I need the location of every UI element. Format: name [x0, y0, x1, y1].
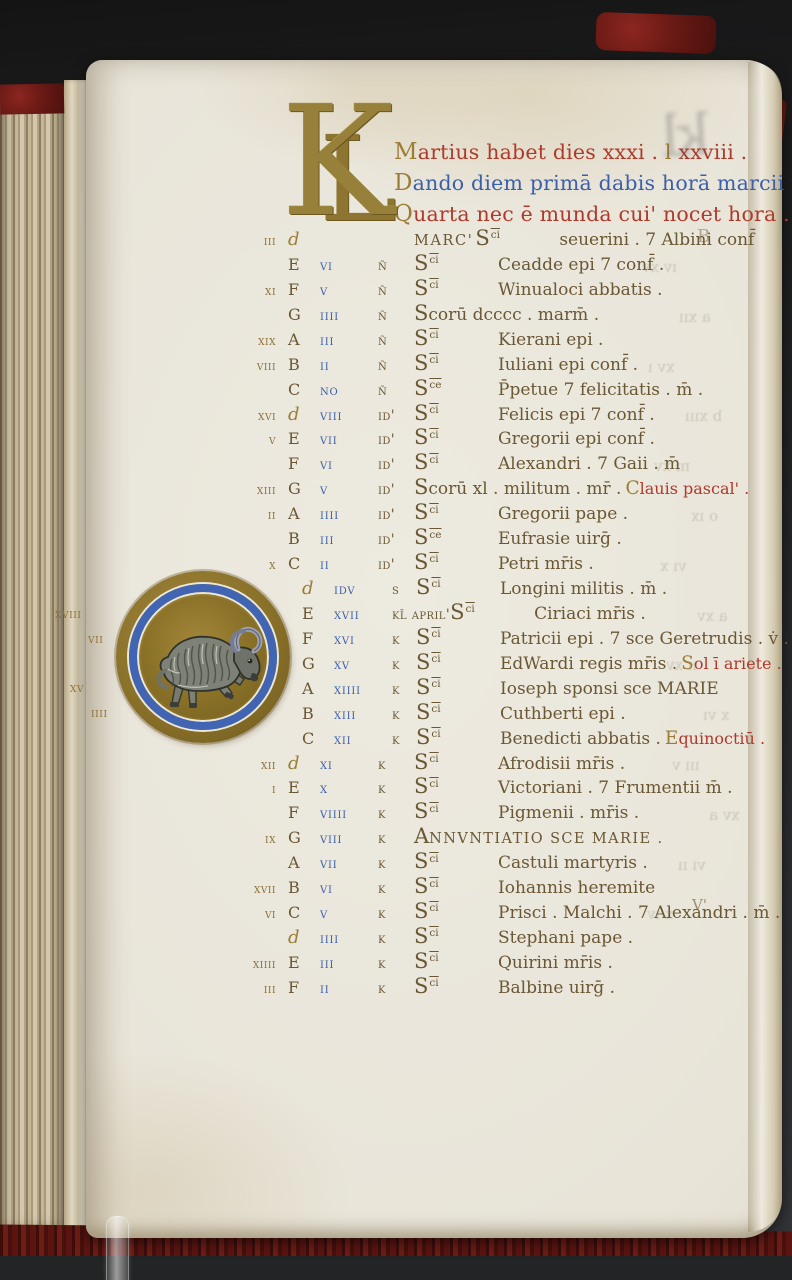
calendar-row: AxiiiikSciIoseph sponsi sce MARIE — [232, 675, 722, 700]
kalend-nones-ides-marker: k — [378, 856, 414, 872]
roman-day-numeral: xiiii — [334, 682, 392, 698]
sanctus-abbreviation: Sci — [416, 675, 500, 699]
feast-initial: A — [414, 824, 429, 848]
dominical-letter: B — [280, 704, 334, 723]
kalend-nones-ides-marker: k — [378, 906, 414, 922]
feast-entry: SciPetri mr̄is . — [414, 550, 722, 574]
feast-text: Castuli martyris . — [498, 853, 648, 873]
sanctus-initial: S — [416, 650, 430, 674]
feast-entry: SciEdWardi regis mr̄is .Sol ī ariete . — [416, 650, 782, 674]
feast-entry: SciCastuli martyris . — [414, 849, 722, 873]
feast-entry: SciWinualoci abbatis . — [414, 276, 722, 300]
roman-day-numeral: xiii — [334, 707, 392, 723]
sanctus-abbreviation: Sci — [414, 874, 498, 898]
calendar-row: GiiiiñScorū dcccc . marm̄ . — [232, 301, 722, 326]
dominical-letter: B — [280, 878, 320, 897]
feast-entry: SciPatricii epi . 7 sce Geretrudis . v̇ … — [416, 625, 789, 649]
dominical-letter: F — [280, 454, 320, 473]
dominical-letter: A — [280, 504, 320, 523]
feast-entry: SciCuthberti epi . — [416, 700, 722, 724]
manuscript-content: L K Martius habet dies xxxi . l xxviii .… — [0, 0, 792, 1280]
golden-number: vi — [232, 906, 280, 922]
feast-entry: SciIoseph sponsi sce MARIE — [416, 675, 722, 699]
roman-day-numeral: viii — [320, 408, 378, 424]
sanctus-abbreviation: Sci — [414, 949, 498, 973]
roman-day-numeral: vi — [320, 457, 378, 473]
feast-entry: SciPrisci . Malchi . 7 Alexandri . m̄ . — [414, 899, 780, 923]
feast-entry: SciPigmenii . mr̄is . — [414, 799, 722, 823]
roman-day-numeral: xvi — [334, 632, 392, 648]
sanctus-superscript: ci — [429, 553, 438, 565]
kalend-nones-ides-marker: ñ — [378, 383, 414, 399]
sanctus-superscript: ci — [429, 753, 438, 765]
kalend-nones-ides-marker: id' — [378, 482, 414, 498]
feast-entry: ANNVNTIATIO SCE MARIE . — [414, 824, 722, 848]
roman-day-numeral: iii — [320, 532, 378, 548]
kalend-nones-ides-marker: k — [392, 732, 416, 748]
sanctus-initial: S — [414, 401, 428, 425]
sanctus-superscript: ci — [429, 902, 438, 914]
red-note-initial: S — [681, 653, 694, 674]
sanctus-abbreviation: Sci — [414, 500, 498, 524]
feast-text: Stephani pape . — [498, 928, 633, 948]
roman-day-numeral: xv — [334, 657, 392, 673]
sanctus-initial: S — [414, 899, 428, 923]
dominical-letter: A — [280, 679, 334, 698]
kl-monogram-illuminated-initial: L K — [281, 92, 401, 248]
sanctus-superscript: ci — [431, 628, 440, 640]
golden-number: x — [232, 557, 280, 573]
roman-day-numeral: x — [320, 781, 378, 797]
dominical-letter: E — [280, 255, 320, 274]
dominical-letter: d — [280, 404, 320, 425]
golden-number: xvii — [232, 881, 280, 897]
sanctus-abbreviation: Sci — [414, 276, 498, 300]
sanctus-abbreviation: Sce — [414, 525, 498, 549]
red-note-text: ol ī ariete . — [694, 654, 782, 673]
roman-day-numeral: xvii — [334, 607, 392, 623]
roman-day-numeral: vii — [320, 432, 378, 448]
kalend-nones-ides-marker: k — [392, 632, 416, 648]
golden-number: v — [232, 432, 280, 448]
feast-entry: SciIohannis heremite — [414, 874, 722, 898]
calendar-row: AviikSciCastuli martyris . — [232, 849, 722, 874]
red-note-text: lauis pascal' . — [640, 479, 750, 498]
sanctus-abbreviation: Sci — [414, 750, 498, 774]
feast-text: EdWardi regis mr̄is . — [500, 654, 677, 674]
kalend-nones-ides-marker: id' — [378, 532, 414, 548]
sanctus-abbreviation: Sci — [414, 774, 498, 798]
feast-text: Kierani epi . — [498, 330, 603, 350]
sanctus-superscript: ci — [465, 603, 474, 615]
calendar-row: iExkSciVictoriani . 7 Frumentii m̄ . — [232, 774, 722, 799]
calendar-row: CxiikSciBenedicti abbatis .Equinoctiū . — [232, 725, 722, 750]
sanctus-superscript: ce — [429, 379, 441, 391]
calendar-row: FxvikSciPatricii epi . 7 sce Geretrudis … — [232, 625, 722, 650]
feast-text: Longini militis . m̄ . — [500, 579, 667, 599]
roman-day-numeral: ii — [320, 557, 378, 573]
sanctus-initial: S — [414, 949, 428, 973]
roman-day-numeral: v — [320, 283, 378, 299]
sanctus-initial: S — [416, 675, 430, 699]
sanctus-initial: S — [414, 550, 428, 574]
calendar-row: GxvkSciEdWardi regis mr̄is .Sol ī ariete… — [232, 650, 722, 675]
feast-entry: SciBenedicti abbatis .Equinoctiū . — [416, 725, 765, 749]
sanctus-initial: S — [475, 226, 489, 250]
dominical-letter: C — [280, 554, 320, 573]
sanctus-initial: S — [414, 425, 428, 449]
sanctus-initial: S — [414, 750, 428, 774]
sanctus-abbreviation: Sci — [414, 899, 498, 923]
calendar-row: xiidxikSciAfrodisii mr̄is . — [232, 750, 722, 775]
golden-number: iii — [232, 981, 280, 997]
sanctus-initial: S — [414, 774, 428, 798]
calendar-row: diiiikSciStephani pape . — [232, 924, 722, 949]
feast-text: Alexandri . 7 Gaii . m̄ — [498, 454, 680, 474]
calendar-row: Biiiid'SceEufrasie uirḡ . — [232, 525, 722, 550]
feast-text: Iohannis heremite — [498, 878, 655, 898]
sanctus-abbreviation: Sci — [414, 849, 498, 873]
roman-day-numeral: iiii — [320, 308, 378, 324]
feast-entry: MARC'Sciseuerini . 7 Albini conf̄ — [414, 226, 754, 250]
sanctus-initial: S — [416, 700, 430, 724]
dominical-letter: B — [280, 529, 320, 548]
calendar-row: FviiiikSciPigmenii . mr̄is . — [232, 799, 722, 824]
roman-day-numeral: iii — [320, 956, 378, 972]
dominical-letter: G — [280, 479, 320, 498]
feast-entry: SciVictoriani . 7 Frumentii m̄ . — [414, 774, 733, 798]
sanctus-abbreviation: Sci — [414, 550, 498, 574]
feast-text: seuerini . 7 Albini conf̄ — [559, 230, 754, 250]
roman-day-numeral: iii — [320, 333, 378, 349]
sanctus-abbreviation: Sci — [414, 450, 498, 474]
feast-text: Gregorii pape . — [498, 504, 628, 524]
sanctus-superscript: ci — [431, 728, 440, 740]
golden-number: xix — [232, 333, 280, 349]
dominical-letter: A — [280, 853, 320, 872]
sanctus-initial: S — [414, 924, 428, 948]
red-note-text: quinoctiū . — [678, 729, 765, 748]
sanctus-abbreviation: Sci — [414, 425, 498, 449]
feast-text: Afrodisii mr̄is . — [498, 754, 625, 774]
sanctus-superscript: ci — [429, 927, 438, 939]
calendar-row: xviiBvikSciIohannis heremite — [232, 874, 722, 899]
feast-entry: SciBalbine uirḡ . — [414, 974, 722, 998]
sanctus-initial: S — [414, 376, 428, 400]
feast-text: Ceadde epi 7 conf̄ . — [498, 255, 664, 275]
kalend-nones-ides-marker: k — [378, 981, 414, 997]
roman-day-numeral: vi — [320, 881, 378, 897]
feast-text: NNVNTIATIO SCE MARIE . — [429, 831, 663, 847]
roman-day-numeral: viii — [320, 831, 378, 847]
kalend-nones-ides-marker: k — [392, 682, 416, 698]
sanctus-abbreviation: Sci — [475, 226, 559, 250]
sanctus-initial: S — [414, 874, 428, 898]
kalend-nones-ides-marker: id' — [378, 432, 414, 448]
calendar-row: xvidviiiid'SciFelicis epi 7 conf̄ . — [232, 401, 722, 426]
feast-entry: Scorū dcccc . marm̄ . — [414, 301, 722, 325]
dominical-letter: G — [280, 828, 320, 847]
dominical-letter: E — [280, 778, 320, 797]
sanctus-superscript: ci — [429, 429, 438, 441]
sanctus-abbreviation: Sce — [414, 376, 498, 400]
sanctus-initial: S — [416, 625, 430, 649]
sanctus-superscript: ci — [429, 504, 438, 516]
sanctus-initial: S — [416, 725, 430, 749]
feast-text: corū xl . militum . mr̄ . — [428, 479, 621, 499]
calendar-row: xiFvñSciWinualoci abbatis . — [232, 276, 722, 301]
dominical-letter: B — [280, 355, 320, 374]
sanctus-initial: S — [414, 525, 428, 549]
golden-number: xi — [232, 283, 280, 299]
month-name: MARC' — [414, 233, 473, 249]
dominical-letter: C — [280, 903, 320, 922]
feast-text: Gregorii epi conf̄ . — [498, 429, 655, 449]
sanctus-abbreviation: Sci — [416, 725, 500, 749]
sanctus-abbreviation: Sci — [416, 625, 500, 649]
kalend-nones-ides-marker: ñ — [378, 308, 414, 324]
calendar-row: BxiiikSciCuthberti epi . — [232, 700, 722, 725]
sanctus-superscript: ci — [429, 354, 438, 366]
calendar-row: ixGviiikANNVNTIATIO SCE MARIE . — [232, 824, 722, 849]
sanctus-initial: S — [414, 351, 428, 375]
calendar-row: Fviid'SciAlexandri . 7 Gaii . m̄ — [232, 450, 722, 475]
dominical-letter: d — [280, 753, 320, 774]
feast-entry: SceP̄petue 7 felicitatis . m̄ . — [414, 376, 722, 400]
sanctus-superscript: ci — [429, 454, 438, 466]
feast-entry: SciIuliani epi conf̄ . — [414, 351, 722, 375]
roman-day-numeral: iiii — [320, 507, 378, 523]
sanctus-superscript: ci — [431, 578, 440, 590]
sanctus-superscript: ci — [431, 703, 440, 715]
dominical-letter: A — [280, 330, 320, 349]
sanctus-abbreviation: Sci — [416, 575, 500, 599]
dominical-letter: G — [280, 654, 334, 673]
sanctus-superscript: ci — [429, 279, 438, 291]
kalend-nones-ides-marker: k — [378, 806, 414, 822]
kalend-nones-ides-marker: id' — [378, 408, 414, 424]
dominical-letter: G — [280, 305, 320, 324]
golden-number: xiii — [232, 482, 280, 498]
kalend-nones-ides-marker: k — [392, 657, 416, 673]
feast-text: Eufrasie uirḡ . — [498, 529, 622, 549]
roman-day-numeral: idv — [334, 582, 392, 598]
feast-text: Victoriani . 7 Frumentii m̄ . — [498, 778, 733, 798]
roman-day-numeral: iiii — [320, 931, 378, 947]
feast-entry: SciFelicis epi 7 conf̄ . — [414, 401, 722, 425]
feast-initial: S — [414, 301, 428, 325]
calendar-row: iiAiiiiid'SciGregorii pape . — [232, 500, 722, 525]
kalend-nones-ides-marker: k — [378, 757, 414, 773]
sanctus-initial: S — [414, 849, 428, 873]
feast-entry: SciQuirini mr̄is . — [414, 949, 722, 973]
sanctus-superscript: ci — [429, 952, 438, 964]
sanctus-superscript: ci — [491, 229, 500, 241]
feast-entry: SceEufrasie uirḡ . — [414, 525, 722, 549]
calendar-row: xCiiid'SciPetri mr̄is . — [232, 550, 722, 575]
dominical-letter: d — [280, 927, 320, 948]
sanctus-initial: S — [414, 500, 428, 524]
sanctus-superscript: ci — [429, 329, 438, 341]
sanctus-abbreviation: Sci — [414, 974, 498, 998]
dominical-letter: C — [280, 729, 334, 748]
roman-day-numeral: xi — [320, 757, 378, 773]
feast-initial: S — [414, 475, 428, 499]
roman-day-numeral: viiii — [320, 806, 378, 822]
feast-text: Felicis epi 7 conf̄ . — [498, 405, 655, 425]
calendar-row: xiiiGvid'Scorū xl . militum . mr̄ .Claui… — [232, 475, 722, 500]
calendar-row: xixAiiiñSciKierani epi . — [232, 326, 722, 351]
kalend-nones-ides-marker: id' — [378, 457, 414, 473]
roman-day-numeral: v — [320, 906, 378, 922]
sanctus-initial: S — [414, 276, 428, 300]
red-note-initial: C — [625, 478, 639, 499]
dominical-letter: F — [280, 803, 320, 822]
sanctus-superscript: ci — [429, 977, 438, 989]
sanctus-superscript: ci — [429, 404, 438, 416]
golden-number: ix — [232, 831, 280, 847]
feast-text: Pigmenii . mr̄is . — [498, 803, 639, 823]
kalend-nones-ides-marker: s — [392, 582, 416, 598]
calendar-row: Exviikl̄ april'SciCiriaci mr̄is . — [232, 600, 722, 625]
sanctus-abbreviation: Sci — [414, 251, 498, 275]
calendar-row: viiiBiiñSciIuliani epi conf̄ . — [232, 351, 722, 376]
sanctus-superscript: ce — [429, 529, 441, 541]
golden-number: xiiii — [232, 956, 280, 972]
feast-text: Prisci . Malchi . 7 Alexandri . m̄ . — [498, 903, 780, 923]
sanctus-initial: S — [416, 575, 430, 599]
sanctus-initial: S — [450, 600, 464, 624]
golden-number: i — [232, 781, 280, 797]
feast-text: Ioseph sponsi sce MARIE — [500, 679, 719, 699]
kalend-nones-ides-marker: k — [378, 781, 414, 797]
feast-entry: SciCiriaci mr̄is . — [450, 600, 722, 624]
dominical-letter: E — [280, 604, 334, 623]
feast-entry: SciCeadde epi 7 conf̄ . — [414, 251, 722, 275]
calendar-row: iiiFiikSciBalbine uirḡ . — [232, 974, 722, 999]
dominical-letter: E — [280, 953, 320, 972]
sanctus-superscript: ci — [429, 878, 438, 890]
sanctus-abbreviation: Sci — [416, 650, 500, 674]
kalend-nones-ides-marker: kl̄ april' — [392, 607, 450, 623]
feast-entry: SciAfrodisii mr̄is . — [414, 750, 722, 774]
feast-entry: SciGregorii pape . — [414, 500, 722, 524]
kalend-nones-ides-marker: k — [378, 831, 414, 847]
golden-number: xvi — [232, 408, 280, 424]
feast-entry: SciAlexandri . 7 Gaii . m̄ — [414, 450, 722, 474]
roman-day-numeral: no — [320, 383, 378, 399]
golden-number: xii — [232, 757, 280, 773]
calendar-row: xiiiiEiiikSciQuirini mr̄is . — [232, 949, 722, 974]
sanctus-abbreviation: Sci — [416, 700, 500, 724]
feast-text: Patricii epi . 7 sce Geretrudis . v̇ . — [500, 629, 789, 649]
feast-text: corū dcccc . marm̄ . — [428, 305, 599, 325]
kalend-nones-ides-marker: id' — [378, 557, 414, 573]
feast-text: Quirini mr̄is . — [498, 953, 613, 973]
calendar-row: CnoñSceP̄petue 7 felicitatis . m̄ . — [232, 376, 722, 401]
sanctus-abbreviation: Sci — [414, 799, 498, 823]
roman-day-numeral: vii — [320, 856, 378, 872]
calendar-row: didvsSciLongini militis . m̄ . — [232, 575, 722, 600]
sanctus-superscript: ci — [429, 778, 438, 790]
feast-text: Balbine uirḡ . — [498, 978, 615, 998]
sanctus-abbreviation: Sci — [414, 924, 498, 948]
kalend-nones-ides-marker: k — [378, 881, 414, 897]
monogram-letter-k: K — [281, 86, 395, 238]
golden-number: viii — [232, 358, 280, 374]
roman-day-numeral: ii — [320, 358, 378, 374]
sanctus-superscript: ci — [431, 653, 440, 665]
sanctus-abbreviation: Sci — [414, 326, 498, 350]
feast-text: Petri mr̄is . — [498, 554, 594, 574]
kalend-nones-ides-marker: ñ — [378, 258, 414, 274]
dominical-letter: F — [280, 629, 334, 648]
roman-day-numeral: xii — [334, 732, 392, 748]
feast-entry: Scorū xl . militum . mr̄ .Clauis pascal'… — [414, 475, 749, 499]
feast-text: Iuliani epi conf̄ . — [498, 355, 638, 375]
kalend-nones-ides-marker: ñ — [378, 283, 414, 299]
roman-day-numeral: ii — [320, 981, 378, 997]
feast-entry: SciLongini militis . m̄ . — [416, 575, 722, 599]
kalend-nones-ides-marker: k — [392, 707, 416, 723]
sanctus-abbreviation: Sci — [414, 401, 498, 425]
kalend-nones-ides-marker: ñ — [378, 358, 414, 374]
sanctus-initial: S — [414, 326, 428, 350]
kalend-nones-ides-marker: ñ — [378, 333, 414, 349]
feast-text: Benedicti abbatis . — [500, 729, 661, 749]
sanctus-initial: S — [414, 450, 428, 474]
feast-entry: SciGregorii epi conf̄ . — [414, 425, 722, 449]
dominical-letter: F — [280, 978, 320, 997]
feast-entry: SciStephani pape . — [414, 924, 722, 948]
dominical-letter: d — [280, 578, 334, 599]
kalend-nones-ides-marker: k — [378, 931, 414, 947]
sanctus-initial: S — [414, 799, 428, 823]
dominical-letter: F — [280, 280, 320, 299]
dominical-letter: C — [280, 380, 320, 399]
feast-text: Winualoci abbatis . — [498, 280, 663, 300]
sanctus-initial: S — [414, 974, 428, 998]
feast-text: Cuthberti epi . — [500, 704, 626, 724]
dominical-letter: E — [280, 429, 320, 448]
red-note-initial: E — [665, 728, 679, 749]
sanctus-initial: S — [414, 251, 428, 275]
feast-entry: SciKierani epi . — [414, 326, 722, 350]
sanctus-superscript: ci — [429, 803, 438, 815]
sanctus-superscript: ci — [429, 254, 438, 266]
feast-text: Ciriaci mr̄is . — [534, 604, 646, 624]
roman-day-numeral: vi — [320, 258, 378, 274]
golden-number: iii — [232, 233, 280, 249]
kalend-nones-ides-marker: k — [378, 956, 414, 972]
sanctus-abbreviation: Sci — [414, 351, 498, 375]
golden-number: ii — [232, 507, 280, 523]
sanctus-abbreviation: Sci — [450, 600, 534, 624]
feast-text: P̄petue 7 felicitatis . m̄ . — [498, 380, 703, 400]
sanctus-superscript: ci — [431, 678, 440, 690]
kalend-nones-ides-marker: id' — [378, 507, 414, 523]
calendar-row: vEviiid'SciGregorii epi conf̄ . — [232, 425, 722, 450]
calendar-row: viCvkSciPrisci . Malchi . 7 Alexandri . … — [232, 899, 722, 924]
roman-day-numeral: v — [320, 482, 378, 498]
sanctus-superscript: ci — [429, 853, 438, 865]
calendar-row: EviñSciCeadde epi 7 conf̄ . — [232, 251, 722, 276]
